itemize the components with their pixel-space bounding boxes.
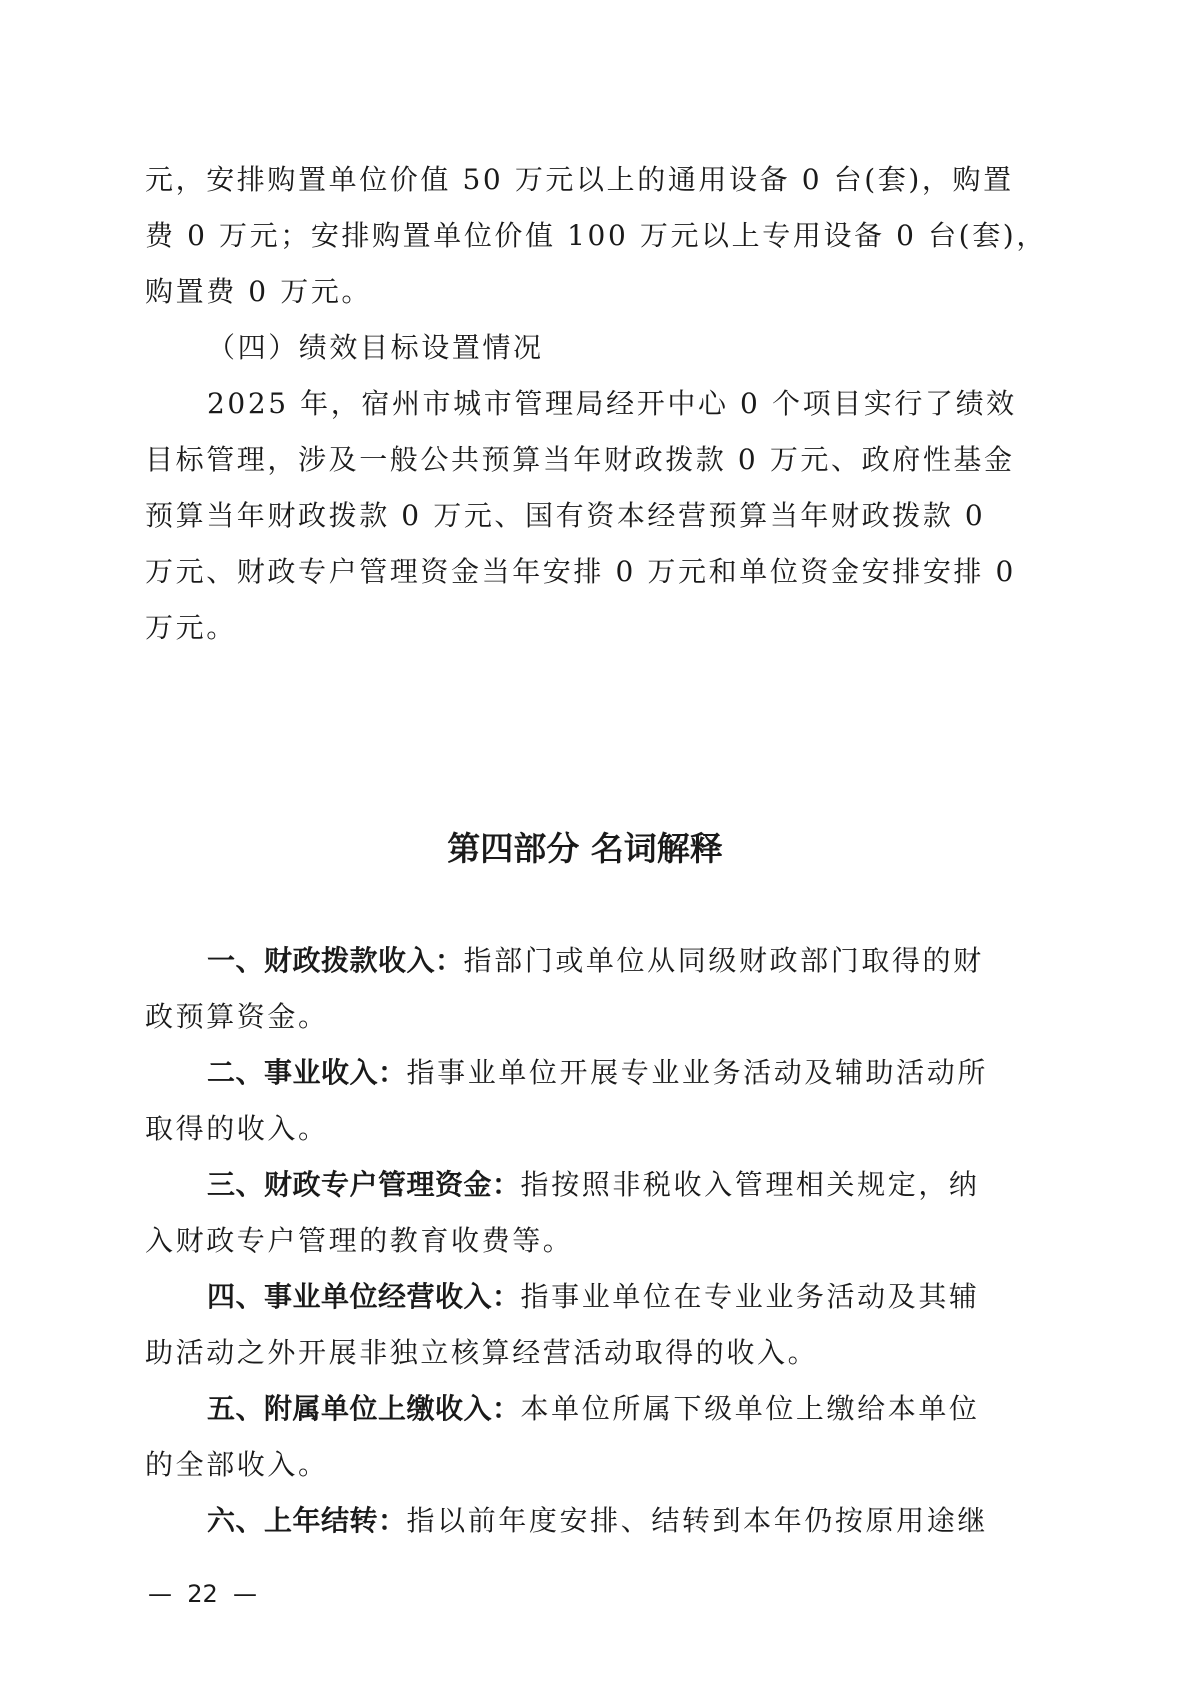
definition-term: 六、上年结转： (207, 1504, 407, 1537)
definition-item: 四、事业单位经营收入：指事业单位在专业业务活动及其辅 (207, 1277, 1015, 1317)
definition-continuation: 入财政专户管理的教育收费等。 (145, 1221, 1015, 1261)
paragraph-line: 万元、财政专户管理资金当年安排 0 万元和单位资金安排安排 0 (145, 552, 1015, 592)
definition-item: 三、财政专户管理资金：指按照非税收入管理相关规定，纳 (207, 1165, 1015, 1205)
paragraph-line: 目标管理，涉及一般公共预算当年财政拨款 0 万元、政府性基金 (145, 440, 1015, 480)
part-heading: 第四部分 名词解释 (0, 826, 1190, 872)
definition-text: 本单位所属下级单位上缴给本单位 (521, 1392, 980, 1425)
subheading: （四）绩效目标设置情况 (207, 328, 1015, 368)
definition-term: 一、财政拨款收入： (207, 944, 464, 977)
paragraph-line: 预算当年财政拨款 0 万元、国有资本经营预算当年财政拨款 0 (145, 496, 1015, 536)
definition-text: 指以前年度安排、结转到本年仍按原用途继 (407, 1504, 988, 1537)
definition-term: 五、附属单位上缴收入： (207, 1392, 521, 1425)
definition-continuation: 政预算资金。 (145, 997, 1015, 1037)
page-number: — 22 — (148, 1578, 257, 1610)
definition-continuation: 的全部收入。 (145, 1445, 1015, 1485)
definition-item: 五、附属单位上缴收入：本单位所属下级单位上缴给本单位 (207, 1389, 1015, 1429)
paragraph-line: 万元。 (145, 608, 1015, 648)
definition-item: 六、上年结转：指以前年度安排、结转到本年仍按原用途继 (207, 1501, 1015, 1541)
definition-text: 指事业单位在专业业务活动及其辅 (521, 1280, 980, 1313)
text-line: 元，安排购置单位价值 50 万元以上的通用设备 0 台(套)，购置 (145, 160, 1015, 200)
definition-continuation: 助活动之外开展非独立核算经营活动取得的收入。 (145, 1333, 1015, 1373)
definition-item: 一、财政拨款收入：指部门或单位从同级财政部门取得的财 (207, 941, 1015, 981)
definition-text: 指事业单位开展专业业务活动及辅助活动所 (407, 1056, 988, 1089)
part-heading-text: 第四部分 名词解释 (447, 826, 723, 872)
text-line: 费 0 万元；安排购置单位价值 100 万元以上专用设备 0 台(套)， (145, 216, 1015, 256)
definition-text: 指部门或单位从同级财政部门取得的财 (464, 944, 984, 977)
definition-continuation: 取得的收入。 (145, 1109, 1015, 1149)
definition-item: 二、事业收入：指事业单位开展专业业务活动及辅助活动所 (207, 1053, 1015, 1093)
definition-text: 指按照非税收入管理相关规定，纳 (521, 1168, 980, 1201)
definition-term: 四、事业单位经营收入： (207, 1280, 521, 1313)
definition-term: 二、事业收入： (207, 1056, 407, 1089)
definition-term: 三、财政专户管理资金： (207, 1168, 521, 1201)
text-line: 购置费 0 万元。 (145, 272, 1015, 312)
paragraph-line: 2025 年，宿州市城市管理局经开中心 0 个项目实行了绩效 (207, 384, 1015, 424)
